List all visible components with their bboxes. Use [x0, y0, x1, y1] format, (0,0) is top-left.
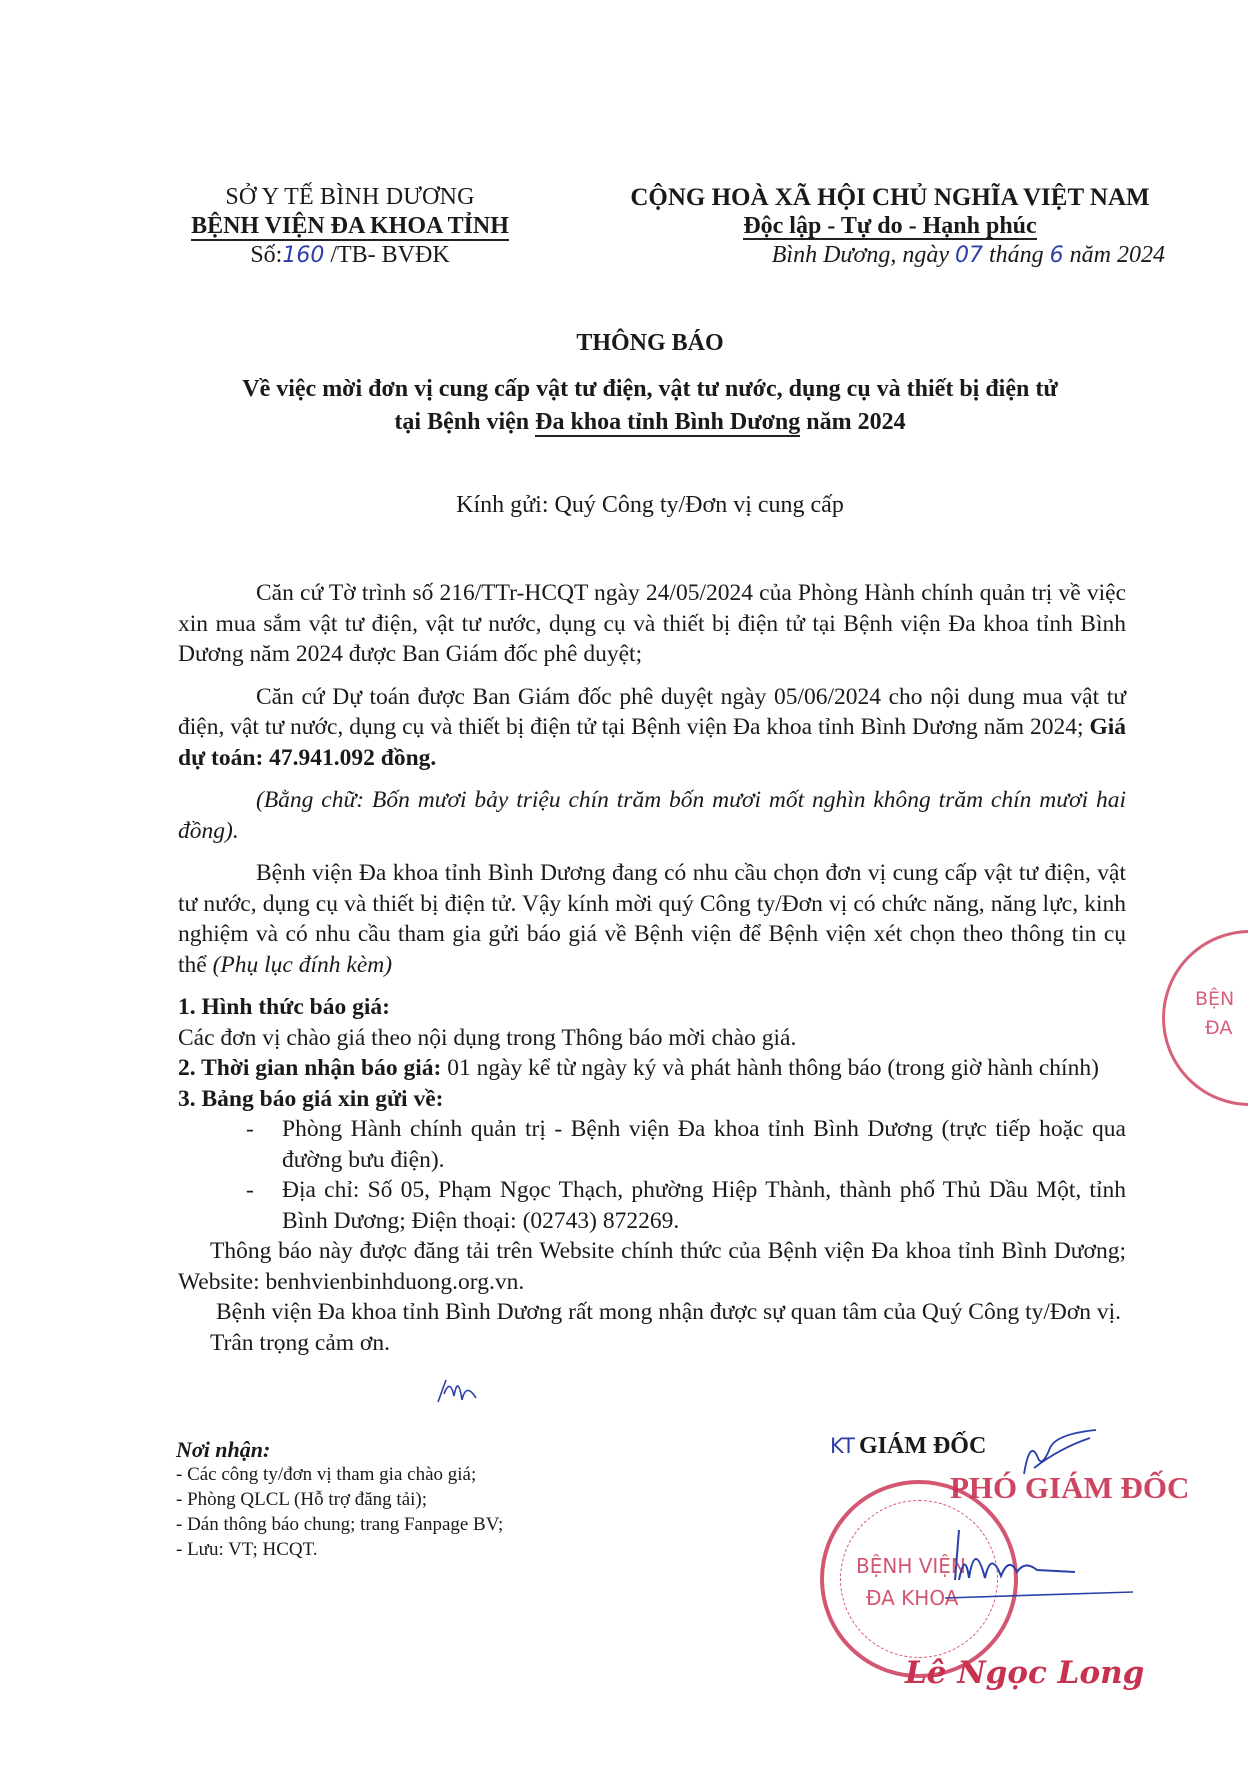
section-1-heading: 1. Hình thức báo giá: — [178, 992, 1126, 1023]
kt-handwritten: KT — [830, 1434, 855, 1458]
issuing-authority-block: SỞ Y TẾ BÌNH DƯƠNG BỆNH VIỆN ĐA KHOA TỈN… — [150, 183, 550, 270]
section-3-heading: 3. Bảng báo giá xin gửi về: — [178, 1084, 1126, 1115]
handwritten-signature-icon — [945, 1520, 1135, 1600]
signer-name: Lê Ngọc Long — [905, 1655, 1144, 1691]
paragraph-invitation: Bệnh viện Đa khoa tỉnh Bình Dương đang c… — [178, 858, 1126, 980]
signature-flourish-icon — [1020, 1428, 1100, 1478]
handwritten-day: 07 — [955, 243, 983, 268]
recipients-block: Nơi nhận: - Các công ty/đơn vị tham gia … — [176, 1437, 503, 1562]
paragraph-website: Thông báo này được đăng tải trên Website… — [178, 1236, 1126, 1297]
recipient-item: - Các công ty/đơn vị tham gia chào giá; — [176, 1462, 503, 1487]
handwritten-month: 6 — [1050, 243, 1064, 268]
handwritten-doc-number: 160 — [282, 243, 324, 268]
hospital-name: BỆNH VIỆN ĐA KHOA TỈNH — [150, 212, 550, 241]
document-body: Căn cứ Tờ trình số 216/TTr-HCQT ngày 24/… — [178, 578, 1126, 1358]
recipient-item: - Phòng QLCL (Hỗ trợ đăng tải); — [176, 1487, 503, 1512]
paragraph-basis-1: Căn cứ Tờ trình số 216/TTr-HCQT ngày 24/… — [178, 578, 1126, 670]
republic-title: CỘNG HOÀ XÃ HỘI CHỦ NGHĨA VIỆT NAM — [590, 183, 1190, 212]
list-item: -Phòng Hành chính quản trị - Bệnh viện Đ… — [178, 1114, 1126, 1175]
initials-signature-icon — [436, 1372, 486, 1408]
national-header-block: CỘNG HOÀ XÃ HỘI CHỦ NGHĨA VIỆT NAM Độc l… — [590, 183, 1190, 270]
paragraph-basis-2: Căn cứ Dự toán được Ban Giám đốc phê duy… — [178, 682, 1126, 774]
paragraph-thanks: Trân trọng cảm ơn. — [178, 1328, 1126, 1359]
section-2: 2. Thời gian nhận báo giá: 01 ngày kể từ… — [178, 1053, 1126, 1084]
greeting: Kính gửi: Quý Công ty/Đơn vị cung cấp — [150, 492, 1150, 519]
document-subject: Về việc mời đơn vị cung cấp vật tư điện,… — [150, 373, 1150, 439]
document-number: Số:160 /TB- BVĐK — [150, 241, 550, 270]
document-date: Bình Dương, ngày 07 tháng 6 năm 2024 — [590, 241, 1190, 270]
list-item: -Địa chỉ: Số 05, Phạm Ngọc Thạch, phường… — [178, 1175, 1126, 1236]
section-1-text: Các đơn vị chào giá theo nội dụng trong … — [178, 1023, 1126, 1054]
signer-title: GIÁM ĐỐC — [859, 1433, 986, 1459]
agency-name: SỞ Y TẾ BÌNH DƯƠNG — [150, 183, 550, 212]
price-in-words: (Bằng chữ: Bốn mươi bảy triệu chín trăm … — [178, 785, 1126, 846]
national-motto: Độc lập - Tự do - Hạnh phúc — [743, 214, 1036, 240]
partial-seal-icon: BỆN ĐA — [1162, 930, 1248, 1106]
paragraph-closing: Bệnh viện Đa khoa tỉnh Bình Dương rất mo… — [178, 1297, 1126, 1328]
document-title: THÔNG BÁO — [150, 330, 1150, 357]
recipient-item: - Dán thông báo chung; trang Fanpage BV; — [176, 1512, 503, 1537]
recipients-heading: Nơi nhận: — [176, 1437, 503, 1462]
recipient-item: - Lưu: VT; HCQT. — [176, 1537, 503, 1562]
